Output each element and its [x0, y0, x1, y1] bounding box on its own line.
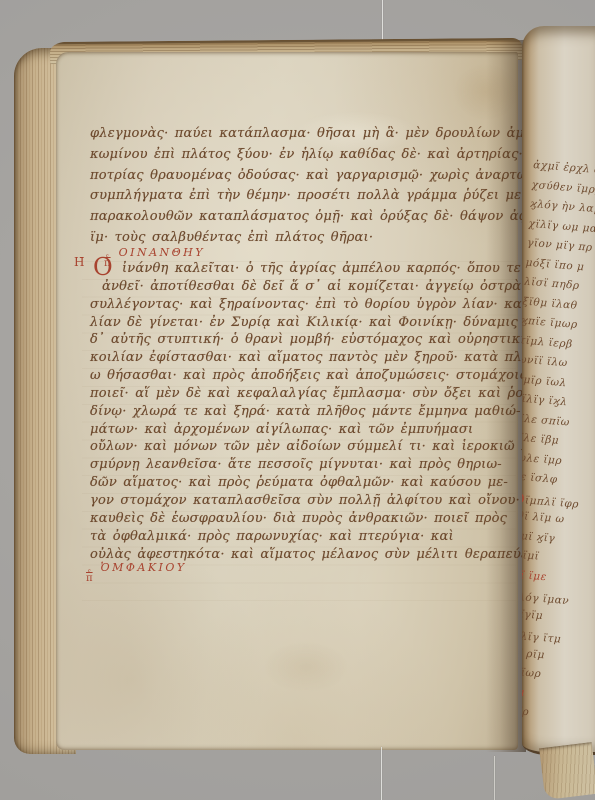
chapter-number-marginal: Η̄: [74, 255, 84, 269]
text-line: ποτρίας θραυομένας ὀδούσας· καὶ γαργαρισ…: [90, 166, 518, 187]
text-line: κωμίνου ἐπὶ πλάτος ξύου· ἐν ἡλίῳ καθίδας…: [90, 145, 518, 166]
paragraph-end-previous-chapter: φλεγμονὰς· παύει κατάπλασμα· θῆσαι μὴ ἃ·…: [90, 124, 518, 249]
heading-word: ΟΙΝΑΝΘΗΥ: [119, 246, 205, 259]
chapter-text-oinanthe: ἰνάνθη καλεῖται· ὁ τῆς ἀγρίας ἀμπέλου κα…: [90, 260, 520, 563]
peri-abbreviation: επ: [86, 569, 93, 583]
rubric-initial: Ὀ: [522, 491, 526, 507]
text-line: συλλέγοντας· καὶ ξηραίνοντας· ἐπὶ τὸ θορ…: [90, 296, 520, 314]
text-line: δίνῳ· χλωρά τε καὶ ξηρά· κατὰ πλῆθος μάν…: [90, 403, 520, 421]
text-line: παρακολουθῶν καταπλάσματος ὁμῇ· καὶ ὀρύξ…: [90, 207, 518, 228]
text-line: οὔλων· καὶ μόνων τῶν μὲν αἰδοίων σύμμελί…: [90, 438, 520, 456]
facing-page-edge: ἀχμϊ ἐρχλ οἱχσύθεν ϊμρραϗλόγ ὴν λαμαχϊλϊ…: [522, 26, 595, 755]
text-line: κοιλίαν ἐφίστασθαι· καὶ αἵματος παντὸς μ…: [90, 349, 520, 367]
peri-pi: π: [86, 574, 93, 583]
text-line: σμύρνῃ λεανθεῖσα· ἅτε πεσσοῖς μίγνυται· …: [90, 456, 520, 474]
text-line: ποιεῖ· αἵ μὲν δὲ καὶ κεφαλαλγίας ἔμπλασμ…: [90, 385, 520, 403]
binding-thread-bottom: [381, 747, 382, 800]
photo-background: φλεγμονὰς· παύει κατάπλασμα· θῆσαι μὴ ἃ·…: [0, 0, 595, 800]
text-line: τὰ ὀφθαλμικά· πρὸς παρωνυχίας· καὶ πτερύ…: [90, 528, 520, 546]
text-line: δ᾽ αὐτῆς στυπτική· ὁ θρανὶ μομβή· εὐστόμ…: [90, 331, 520, 349]
text-line: μάτων· καὶ ἀρχομένων αἰγίλωπας· καὶ τῶν …: [90, 421, 520, 439]
manuscript-left-page: φλεγμονὰς· παύει κατάπλασμα· θῆσαι μὴ ἃ·…: [56, 52, 518, 750]
facing-page-under-edge: [539, 742, 595, 800]
binding-thread-gutter: [494, 756, 495, 800]
text-line: γον στομάχον καταπλασθεῖσα σὺν πολλῇ ἀλφ…: [90, 492, 520, 510]
text-line: συμπλήγματα ἐπὶ τὴν θέμην· προσέτι πολλὰ…: [90, 186, 518, 207]
text-line: λίαν δὲ γίνεται· ἐν Συρίᾳ καὶ Κιλικίᾳ· κ…: [90, 314, 520, 332]
facing-page-text-fragments: ἀχμϊ ἐρχλ οἱχσύθεν ϊμρραϗλόγ ὴν λαμαχϊλϊ…: [522, 156, 595, 745]
chapter-heading-omphakion: επὈΜΦΑΚΙΟΥ: [86, 556, 187, 583]
text-line: ἀνθεῖ· ἀποτίθεσθαι δὲ δεῖ ἅ σ᾽ αἱ κομίζε…: [90, 278, 520, 296]
text-line: ω θήσασθαι· καὶ πρὸς ἀποδήξεις καὶ ἀποζυ…: [90, 367, 520, 385]
text-line: ἰνάνθη καλεῖται· ὁ τῆς ἀγρίας ἀμπέλου κα…: [90, 260, 520, 278]
text-line: φλεγμονὰς· παύει κατάπλασμα· θῆσαι μὴ ἃ·…: [90, 124, 518, 145]
heading-word: ὈΜΦΑΚΙΟΥ: [101, 561, 187, 574]
text-line: δῶν αἵματος· καὶ πρὸς ῥεύματα ὀφθαλμῶν· …: [90, 474, 520, 492]
text-line: καυθεὶς δὲ ἑωσφραυλίου· διὰ πυρὸς ἀνθρακ…: [90, 510, 520, 528]
